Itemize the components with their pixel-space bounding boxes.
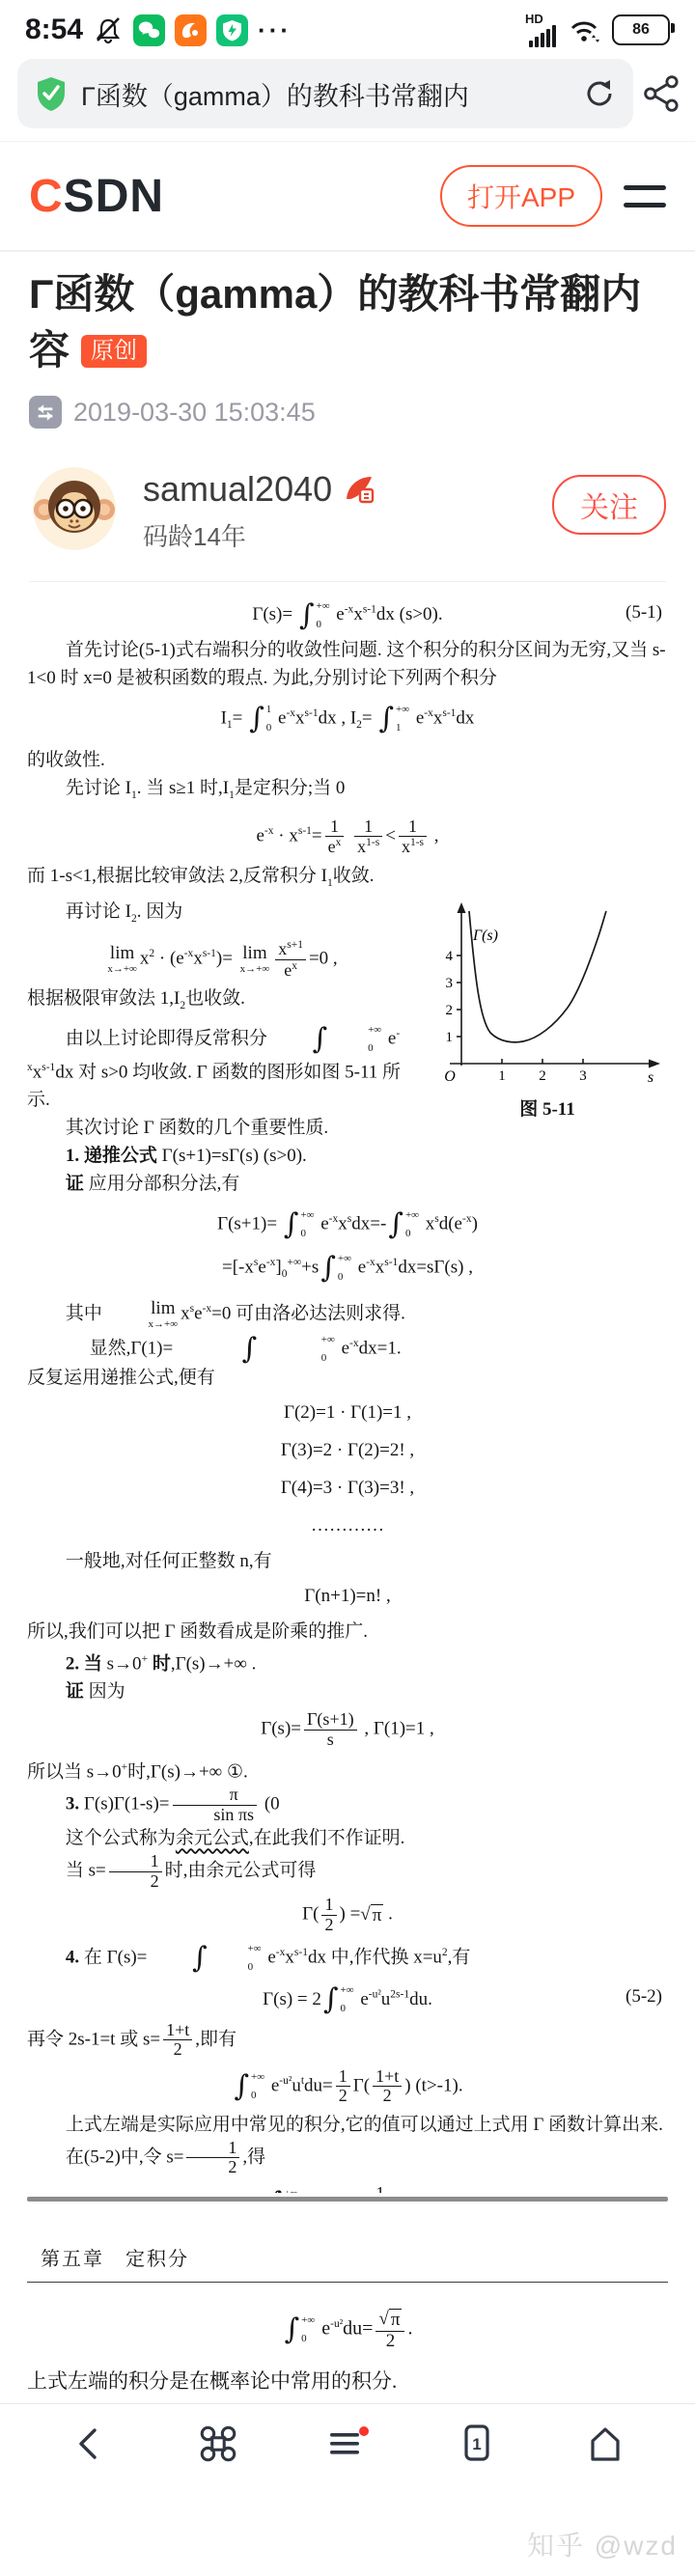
zhihu-watermark: 知乎 @wzd bbox=[527, 2525, 678, 2563]
formula: Γ(3)=2 · Γ(2)=2! , bbox=[27, 1434, 668, 1467]
battery-indicator: 86 bbox=[612, 14, 670, 45]
status-bar: 8:54 ··· HD bbox=[0, 0, 695, 54]
menu-icon[interactable] bbox=[624, 185, 666, 208]
author-code-age: 码龄14年 bbox=[143, 517, 375, 553]
property-3-heading: 3. Γ(s)Γ(1-s)=πsin πs (0 bbox=[27, 1786, 668, 1824]
formula-i1-i2: I1= ∫10 e-xxs-1dx , I2= ∫+∞1 e-xxs-1dx bbox=[27, 697, 668, 741]
chapter-header: 第五章 定积分 bbox=[41, 2245, 668, 2274]
paragraph: 而 1-s<1,根据比较审敛法 2,反常积分 I1收敛. bbox=[27, 862, 668, 898]
paragraph: 上式左端的积分是在概率论中常用的积分. bbox=[27, 2367, 668, 2396]
mute-icon bbox=[93, 14, 124, 45]
paragraph: 证 应用分部积分法,有 bbox=[27, 1170, 668, 1198]
formula-5-1: Γ(s)= ∫+∞0 e-xxs-1dx (s>0).(5-1) bbox=[27, 594, 668, 631]
article-title: Γ函数（gamma）的教科书常翻内容原创 bbox=[29, 266, 666, 378]
svg-text:1: 1 bbox=[472, 2435, 481, 2453]
paragraph: 反复运用递推公式,便有 bbox=[27, 1364, 668, 1392]
paragraph: 所以当 s→0+时,Γ(s)→+∞ ①. bbox=[27, 1754, 668, 1786]
svg-text:1: 1 bbox=[446, 1030, 454, 1045]
property-1-heading: 1. 递推公式 Γ(s+1)=sΓ(s) (s>0). bbox=[27, 1142, 668, 1170]
svg-text:s: s bbox=[648, 1069, 653, 1085]
csdn-logo[interactable]: CSDN bbox=[29, 170, 164, 223]
security-shield-notification-icon bbox=[216, 14, 248, 46]
svg-text:3: 3 bbox=[579, 1068, 587, 1084]
paragraph: 的收敛性. bbox=[27, 746, 668, 774]
paragraph: 这个公式称为余元公式,在此我们不作证明. bbox=[27, 1824, 668, 1852]
browser-bottom-nav: 1 bbox=[0, 2404, 695, 2483]
author-badge-icon bbox=[342, 473, 375, 506]
menu-button[interactable] bbox=[324, 2421, 371, 2467]
svg-text:O: O bbox=[444, 1068, 456, 1085]
paragraph: 证 因为 bbox=[27, 1677, 668, 1705]
paragraph: 再令 2s-1=t 或 s=1+t2,即有 bbox=[27, 2021, 668, 2060]
tabs-button[interactable]: 1 bbox=[454, 2421, 500, 2467]
clock: 8:54 bbox=[25, 14, 83, 46]
notification-dot bbox=[359, 2426, 369, 2436]
paragraph: 上式左端是实际应用中常见的积分,它的值可以通过上式用 Γ 函数计算出来. bbox=[27, 2111, 668, 2139]
scan-page-separator bbox=[27, 2197, 668, 2202]
csdn-logo-c: C bbox=[29, 171, 64, 222]
home-button[interactable] bbox=[582, 2421, 628, 2467]
share-icon[interactable] bbox=[643, 74, 681, 113]
secure-shield-icon bbox=[35, 75, 68, 112]
chapter-rule bbox=[27, 2282, 668, 2283]
author-row: samual2040 码龄14年 关注 bbox=[29, 459, 666, 566]
paragraph: 显然,Γ(1)= ∫+∞0 e-xdx=1. bbox=[27, 1330, 668, 1364]
svg-text:2: 2 bbox=[446, 1003, 454, 1018]
formula-gamma-half: Γ(12) =√π . bbox=[27, 1896, 668, 1934]
paragraph: 一般地,对任何正整数 n,有 bbox=[27, 1547, 668, 1575]
original-badge: 原创 bbox=[81, 335, 147, 368]
publish-date: 2019-03-30 15:03:45 bbox=[73, 398, 316, 428]
property-2-heading: 2. 当 s→0+ 时,Γ(s)→+∞ . bbox=[27, 1646, 668, 1677]
paragraph: 其中 limx→+∞xse-x=0 可由洛必达法则求得. bbox=[27, 1295, 668, 1330]
ellipsis-row: ………… bbox=[27, 1510, 668, 1542]
equation-tag: (5-1) bbox=[625, 596, 662, 629]
figure-caption: 图 5-11 bbox=[427, 1095, 668, 1123]
page-title-url: Γ函数（gamma）的教科书常翻内 bbox=[81, 75, 570, 113]
paragraph: 先讨论 I1. 当 s≥1 时,I1是定积分;当 0 bbox=[27, 774, 668, 810]
refresh-icon[interactable] bbox=[583, 77, 616, 110]
article-header: Γ函数（gamma）的教科书常翻内容原创 2019-03-30 15:03:45 bbox=[29, 266, 666, 429]
browser-url-row: Γ函数（gamma）的教科书常翻内 bbox=[17, 58, 681, 129]
more-notifications-icon: ··· bbox=[258, 15, 292, 45]
paragraph: 当 s=12时,由余元公式可得 bbox=[27, 1852, 668, 1891]
formula-probability-integral: ∫+∞0 e-u²du=√π2. bbox=[27, 2308, 668, 2351]
battery-percent: 86 bbox=[632, 21, 650, 39]
paragraph: 首先讨论(5-1)式右端积分的收敛性问题. 这个积分的积分区间为无穷,又当 s-… bbox=[27, 636, 668, 692]
hd-label: HD bbox=[525, 12, 543, 26]
csdn-header: CSDN 打开APP bbox=[0, 141, 695, 252]
property-4-heading: 4. 在 Γ(s)= ∫+∞0 e-xxs-1dx 中,作代换 x=u2,有 bbox=[27, 1939, 668, 1973]
svg-text:1: 1 bbox=[498, 1068, 506, 1084]
formula: Γ(s+1)= ∫+∞0 e-xxsdx=-∫+∞0 xsd(e-x) bbox=[27, 1203, 668, 1240]
formula: Γ(4)=3 · Γ(3)=3! , bbox=[27, 1472, 668, 1505]
wifi-icon bbox=[568, 15, 600, 44]
paragraph: 在(5-2)中,令 s=12,得 bbox=[27, 2139, 668, 2177]
url-bar[interactable]: Γ函数（gamma）的教科书常翻内 bbox=[17, 59, 633, 128]
back-button[interactable] bbox=[67, 2421, 113, 2467]
figure-5-11: 4 3 2 1 1 2 3 O s Γ(s) 图 5-11 bbox=[427, 900, 668, 1123]
equation-tag: (5-2) bbox=[625, 1980, 662, 2013]
avatar[interactable] bbox=[33, 467, 116, 550]
divider bbox=[29, 581, 666, 582]
csdn-logo-sdn: SDN bbox=[64, 171, 164, 222]
textbook-scan-page-2: 第五章 定积分 ∫+∞0 e-u²du=√π2. 上式左端的积分是在概率论中常用… bbox=[27, 2220, 668, 2396]
signal-icon: HD bbox=[529, 14, 556, 47]
follow-button[interactable]: 关注 bbox=[552, 475, 666, 535]
textbook-scan-page-1: Γ(s)= ∫+∞0 e-xxs-1dx (s>0).(5-1) 首先讨论(5-… bbox=[27, 589, 668, 2193]
formula: Γ(n+1)=n! , bbox=[27, 1580, 668, 1613]
open-app-button[interactable]: 打开APP bbox=[440, 165, 602, 227]
extensions-icon[interactable] bbox=[195, 2421, 241, 2467]
formula: =[-xse-x]0+∞+s∫+∞0 e-xxs-1dx=sΓ(s) , bbox=[27, 1246, 668, 1290]
formula-5-2: Γ(s) = 2∫+∞0 e-u²u2s-1du.(5-2) bbox=[27, 1978, 668, 2015]
uc-browser-notification-icon bbox=[175, 14, 207, 46]
formula: Γ(s)=Γ(s+1)s , Γ(1)=1 , bbox=[27, 1710, 668, 1749]
formula: 2 ∫+∞0 e-u²du=Γ(12) =√π . bbox=[27, 2181, 668, 2193]
formula-inequality: e-x · xs-1=1ex 1x1-s<1x1-s , bbox=[27, 815, 668, 856]
wechat-notification-icon bbox=[133, 14, 165, 46]
paragraph: 所以,我们可以把 Γ 函数看成是阶乘的推广. bbox=[27, 1618, 668, 1646]
formula: Γ(2)=1 · Γ(1)=1 , bbox=[27, 1397, 668, 1429]
publish-icon bbox=[29, 396, 62, 429]
svg-text:2: 2 bbox=[539, 1068, 546, 1084]
formula: ∫+∞0 e-u²utdu=12Γ(1+t2) (t>-1). bbox=[27, 2064, 668, 2106]
author-name[interactable]: samual2040 bbox=[143, 469, 332, 510]
article-meta: 2019-03-30 15:03:45 bbox=[29, 396, 666, 429]
formula-limit: limx→+∞x2 · (e-xxs-1)= limx→+∞xs+1ex=0 , bbox=[27, 937, 668, 980]
gamma-function-plot: 4 3 2 1 1 2 3 O s Γ(s) bbox=[427, 900, 668, 1085]
